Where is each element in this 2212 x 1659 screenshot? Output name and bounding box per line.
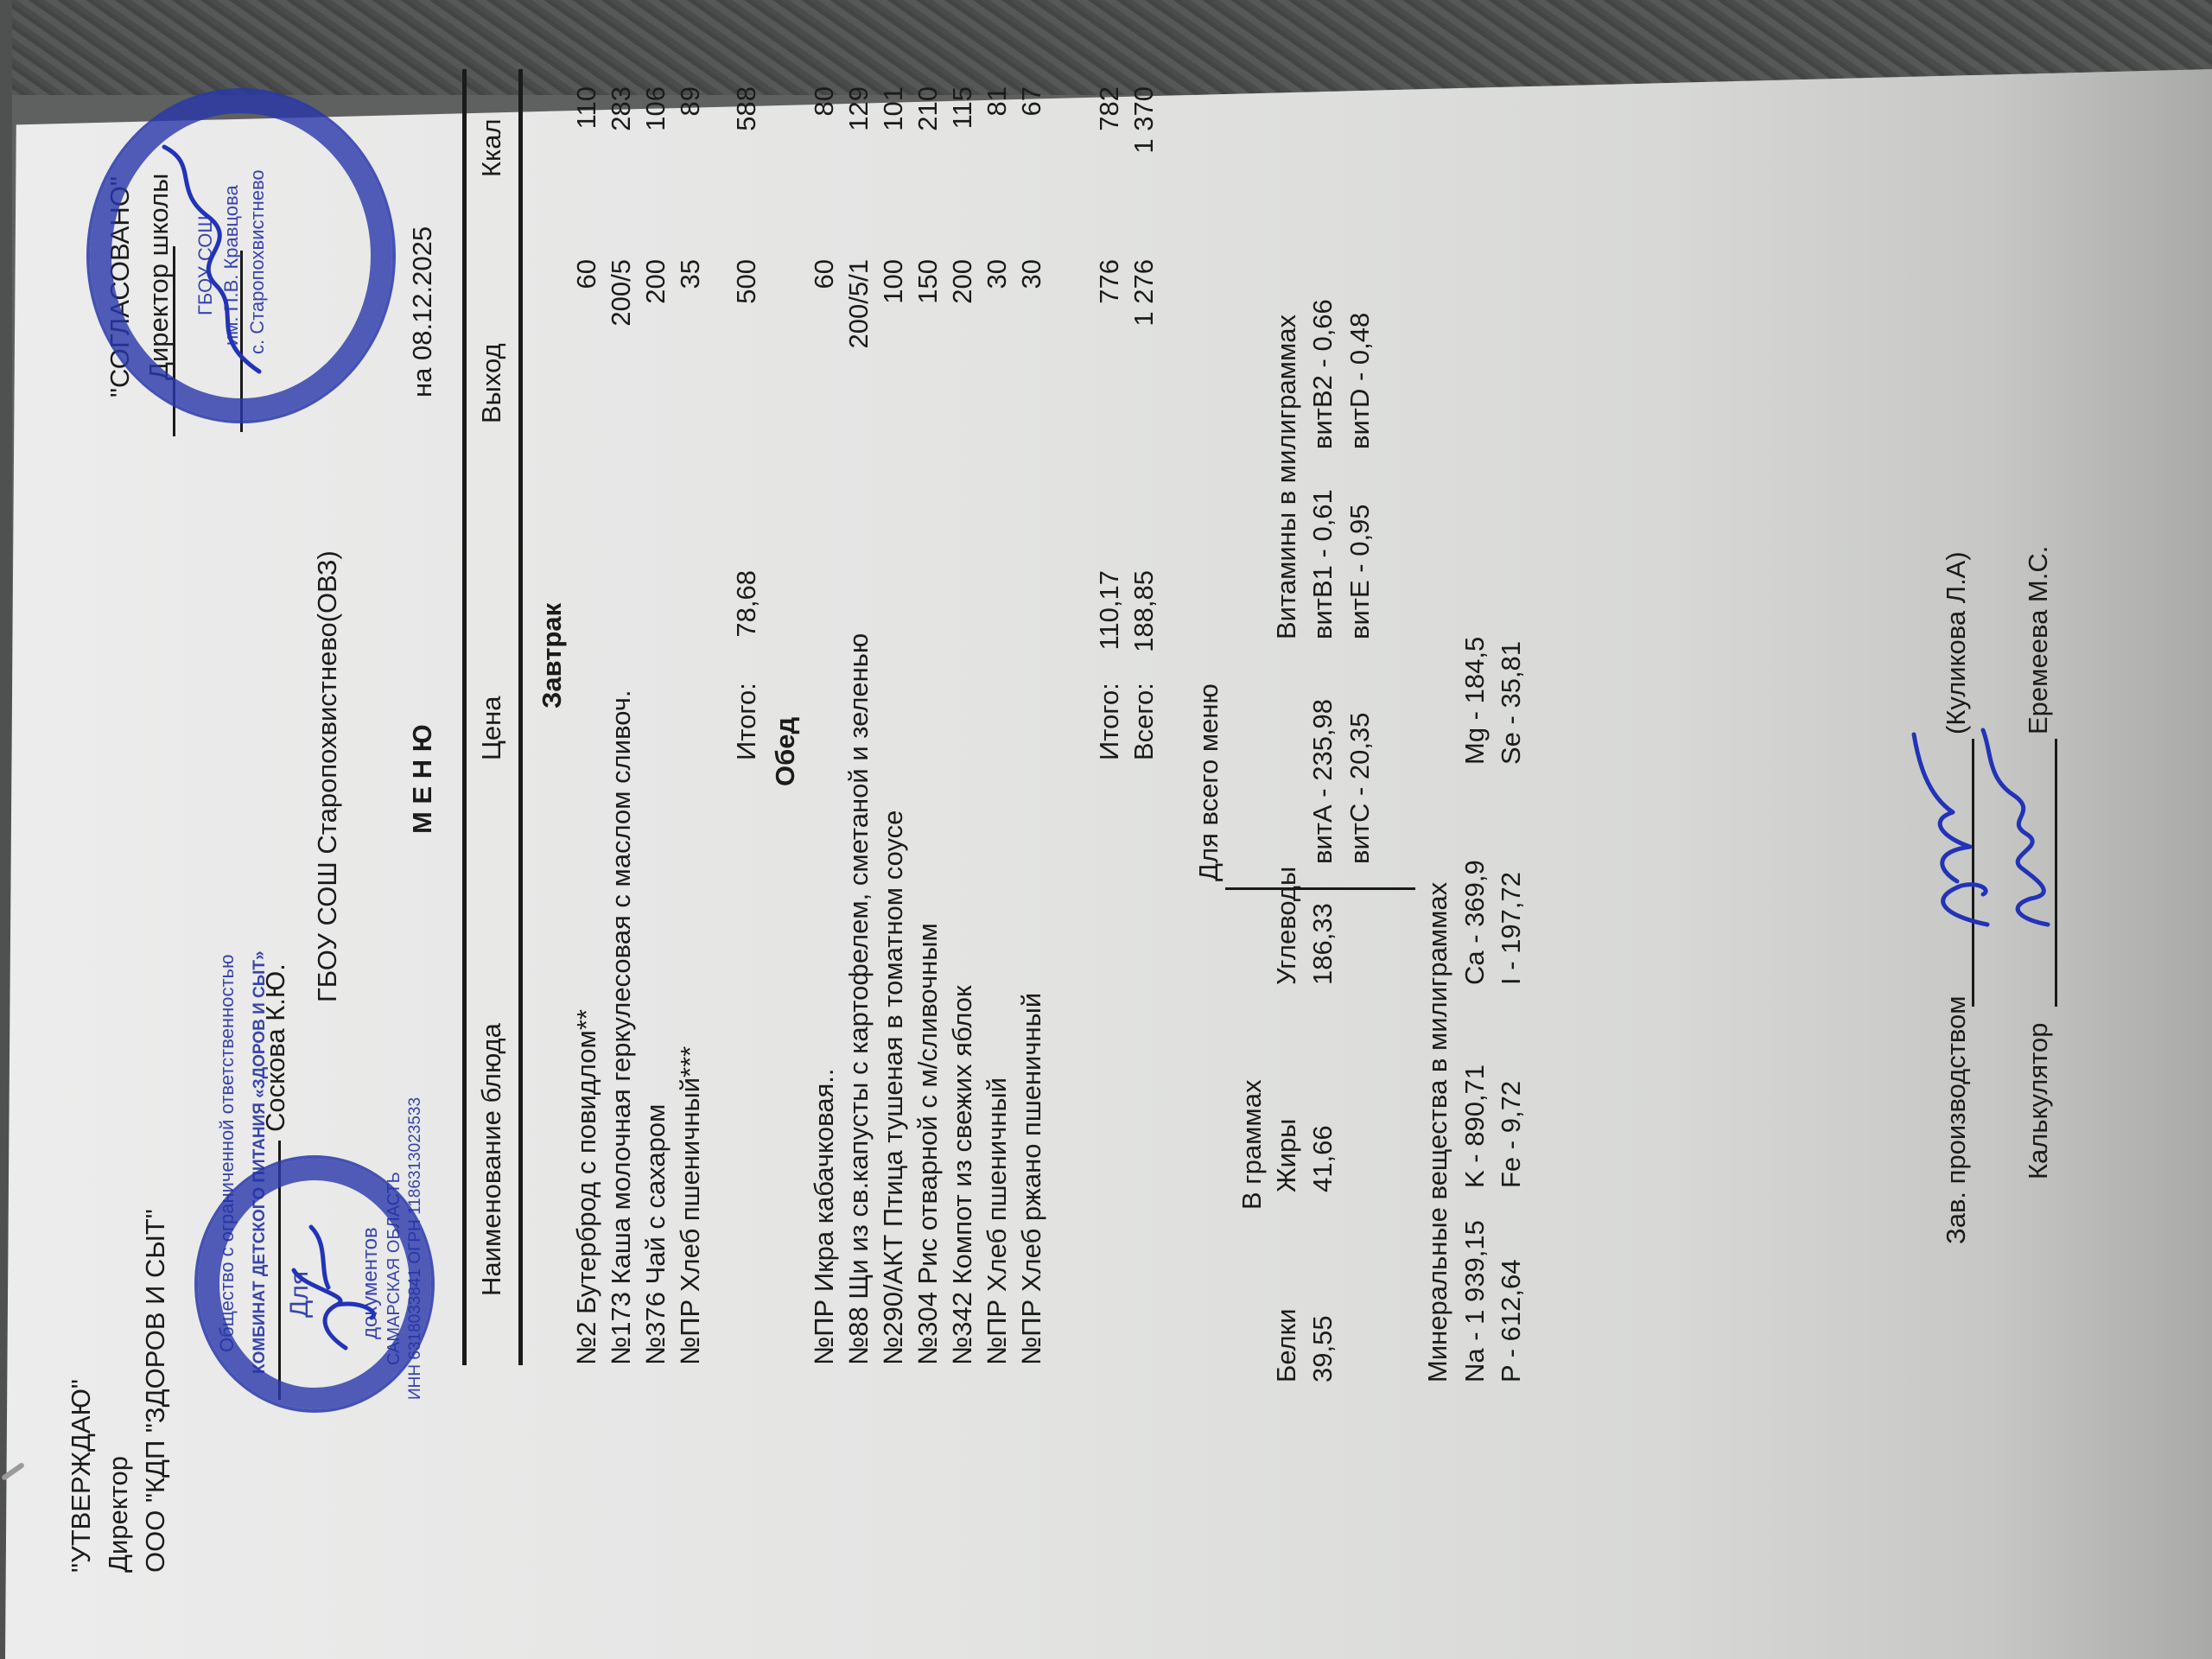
stamp-text: ИНН 6318033841 ОГРН 1186313023533 [406, 1097, 425, 1400]
grams-label: В граммах [1236, 1080, 1268, 1210]
header-name: Наименование блюда [475, 1023, 508, 1296]
breakfast-total-kcal: 588 [730, 86, 763, 294]
dish-name: №304 Рис отварной с м/сливочным [912, 923, 944, 1365]
dish-name: №ПР Икра кабачковая.. [808, 1068, 841, 1365]
dish-kcal: 89 [674, 86, 707, 294]
menu-document: "УТВЕРЖДАЮ" Директор ООО "КДП "ЗДОРОВ И … [0, 0, 2212, 1659]
proteins-label: Белки [1270, 1308, 1303, 1382]
header-output: Выход [475, 343, 508, 423]
dish-name: №342 Компот из свежих яблок [946, 985, 979, 1365]
approval-position: Директор [102, 1456, 135, 1573]
dish-name: №ПР Хлеб пшеничный [981, 1077, 1014, 1365]
mineral-ca: Ca - 369,9 [1459, 860, 1491, 985]
dish-name: №2 Бутерброд с повидлом** [570, 1009, 603, 1365]
approval-signature [285, 1210, 389, 1365]
mineral-i: I - 197,72 [1495, 872, 1528, 985]
agreement-signature [138, 130, 311, 389]
dish-name: №290/АКТ Птица тушеная в томатном соусе [877, 810, 910, 1365]
dish-kcal: 210 [912, 86, 944, 294]
minerals-label: Минеральные вещества в милиграммах [1421, 882, 1454, 1382]
header-kcal: Ккал [475, 118, 508, 177]
dish-kcal: 81 [981, 86, 1014, 294]
approval-title: "УТВЕРЖДАЮ" [65, 1379, 98, 1573]
school-name: ГБОУ СОШ Старопохвистнево(ОВЗ) [311, 550, 344, 1002]
mineral-k: K - 890,71 [1459, 1065, 1491, 1188]
dish-name: №173 Каша молочная геркулесовая с маслом… [605, 690, 638, 1365]
table-header-rule [518, 69, 523, 1365]
mineral-p: P - 612,64 [1495, 1260, 1528, 1382]
vitamins-label: Витамины в милиграммах [1270, 315, 1303, 639]
lunch-total-kcal: 782 [1093, 86, 1126, 294]
menu-date: на 08.12.2025 [406, 226, 439, 397]
table-top-rule [462, 69, 467, 1365]
proteins-value: 39,55 [1306, 1315, 1339, 1382]
dish-kcal: 106 [639, 86, 672, 294]
dish-name: №ПР Хлеб пшеничный*** [674, 1046, 707, 1365]
vitamin-e: витЕ - 0,95 [1344, 504, 1376, 639]
dish-kcal: 283 [605, 86, 638, 294]
section-breakfast: Завтрак [536, 603, 569, 709]
carbs-label: Углеводы [1270, 867, 1303, 985]
production-label: Зав. производством [1940, 995, 1973, 1244]
vitamin-d: витD - 0,48 [1344, 313, 1376, 449]
vitamin-b1: витВ1 - 0,61 [1306, 489, 1339, 639]
menu-title: М Е Н Ю [406, 724, 439, 834]
dish-kcal: 80 [808, 86, 841, 294]
dish-kcal: 110 [570, 86, 603, 294]
carbs-value: 186,33 [1306, 903, 1339, 985]
grand-total-kcal: 1 370 [1128, 86, 1160, 294]
dish-kcal: 129 [842, 86, 875, 294]
dish-kcal: 115 [946, 86, 979, 294]
mineral-mg: Mg - 184,5 [1459, 637, 1491, 765]
calculator-name: Еремеева М.С. [2022, 546, 2055, 734]
calculator-label: Калькулятор [2022, 1023, 2055, 1179]
fats-value: 41,66 [1306, 1125, 1339, 1192]
dish-kcal: 67 [1015, 86, 1048, 294]
calculator-signature [1979, 717, 2082, 942]
stamp-text: Общество с ограниченной ответственностью [216, 954, 238, 1352]
mineral-na: Na - 1 939,15 [1459, 1220, 1491, 1382]
fats-label: Жиры [1270, 1119, 1303, 1192]
vitamin-a: витА - 235,98 [1306, 699, 1339, 864]
breakfast-total-price: 78,68 [730, 570, 763, 778]
vitamin-c: витС - 20,35 [1344, 713, 1376, 865]
production-name: (Куликова Л.А) [1940, 551, 1973, 734]
dish-name: №88 Щи из св.капусты с картофелем, смета… [842, 633, 875, 1365]
vitamin-b2: витВ2 - 0,66 [1306, 299, 1339, 449]
mineral-fe: Fe - 9,72 [1495, 1081, 1528, 1188]
dish-name: №376 Чай с сахаром [639, 1104, 672, 1365]
mineral-se: Se - 35,81 [1495, 641, 1528, 765]
section-lunch: Обед [769, 717, 802, 786]
nutrition-heading: Для всего меню [1192, 683, 1225, 881]
dish-name: №ПР Хлеб ржано пшеничный [1015, 993, 1048, 1365]
stamp-text: КОМБИНАТ ДЕТСКОГО ПИТАНИЯ «ЗДОРОВ И СЫТ» [251, 950, 270, 1374]
approval-organization: ООО "КДП "ЗДОРОВ И СЫТ" [139, 1209, 172, 1573]
grand-total-price: 188,85 [1128, 570, 1160, 778]
header-price: Цена [475, 696, 508, 760]
dish-kcal: 101 [877, 86, 910, 294]
lunch-total-price: 110,17 [1093, 570, 1126, 778]
nutrition-divider [1225, 887, 1415, 890]
